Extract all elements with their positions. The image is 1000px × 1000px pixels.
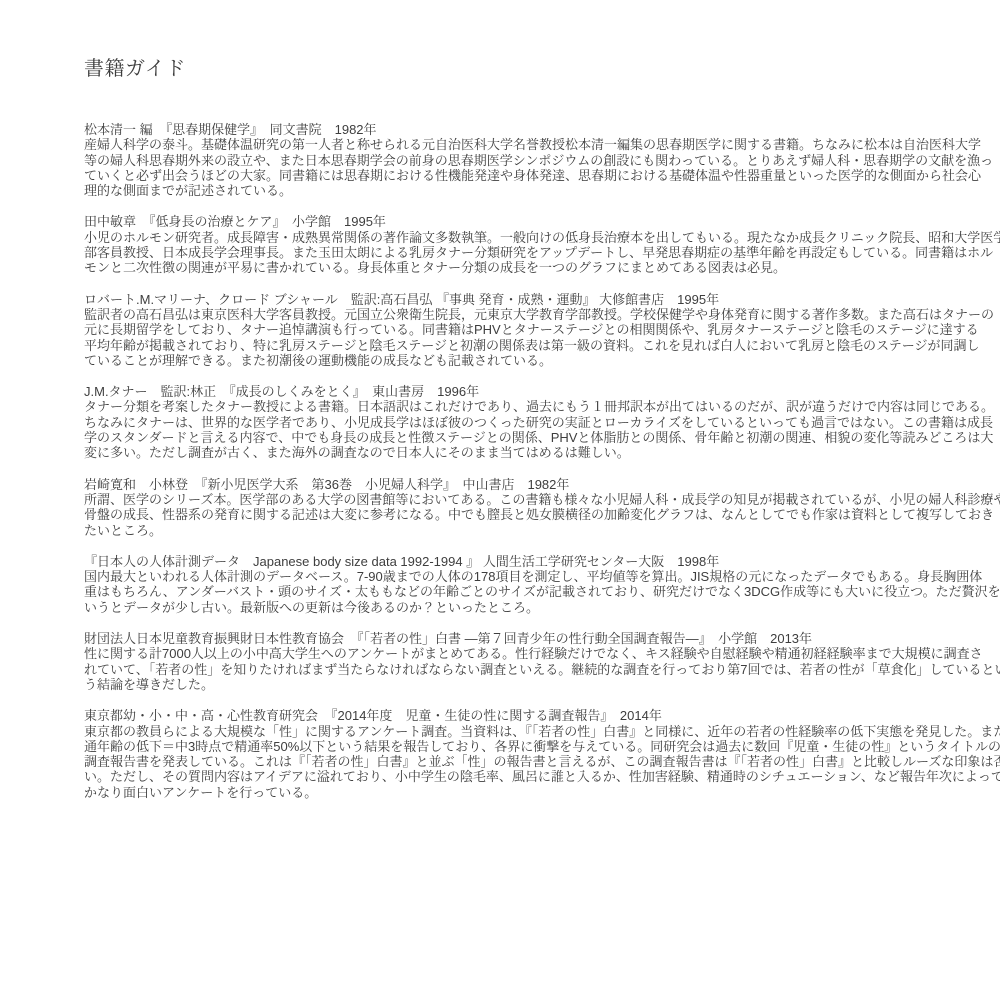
book-entry-text-line: 小児のホルモン研究者。成長障害・成熟異常関係の著作論文多数執筆。一般向けの低身長…	[84, 230, 944, 245]
book-entry-text-line: 産婦人科学の泰斗。基礎体温研究の第一人者と称せられる元自治医科大学名誉教授松本清…	[84, 137, 944, 152]
book-entry-text-line: 性に関する計7000人以上の小中高大学生へのアンケートがまとめてある。性行経験だ…	[84, 646, 944, 661]
page-title: 書籍ガイド	[84, 56, 944, 82]
book-entry-text-line: 通年齢の低下＝中3時点で精通率50%以下という結果を報告しており、各界に衝撃を与…	[84, 739, 944, 754]
book-entry-text-line: れていて、「若者の性」を知りたければまず当たらなければならない調査といえる。継続…	[84, 662, 944, 677]
book-entry-text-line: い。ただし、その質問内容はアイデアに溢れており、小中学生の陰毛率、風呂に誰と入る…	[84, 769, 944, 784]
book-entry-text-line: かなり面白いアンケートを行っている。	[84, 785, 944, 800]
book-entry-header: 財団法人日本児童教育振興財日本性教育協会 『「若者の性」白書 ―第７回青少年の性…	[84, 631, 944, 646]
book-entry-text-line: 所謂、医学のシリーズ本。医学部のある大学の図書館等においてある。この書籍も様々な…	[84, 492, 944, 507]
book-entry: J.M.タナー 監訳:林正 『成長のしくみをとく』 東山書房 1996年 タナー…	[84, 384, 944, 460]
book-entry-text-line: たいところ。	[84, 523, 944, 538]
book-entry-header: 田中敏章 『低身長の治療とケア』 小学館 1995年	[84, 214, 944, 229]
book-entry-text-line: ていくと必ず出会うほどの大家。同書籍には思春期における性機能発達や身体発達、思春…	[84, 168, 944, 183]
book-entry-text-line: 監訳者の高石昌弘は東京医科大学客員教授。元国立公衆衛生院長，元東京大学教育学部教…	[84, 307, 944, 322]
book-entry-text-line: 国内最大といわれる人体計測のデータベース。7-90歳までの人体の178項目を測定…	[84, 569, 944, 584]
book-entry: 東京都幼・小・中・高・心性教育研究会 『2014年度 児童・生徒の性に関する調査…	[84, 708, 944, 800]
book-entry-text-line: 元に長期留学をしており、タナー追悼講演も行っている。同書籍はPHVとタナーステー…	[84, 322, 944, 337]
book-entry-text-line: タナー分類を考案したタナー教授による書籍。日本語訳はこれだけであり、過去にもう１…	[84, 399, 944, 414]
book-entry-text-line: う結論を導きだした。	[84, 677, 944, 692]
book-entry-text-line: 変に多い。ただし調査が古く、また海外の調査なので日本人にそのまま当てはめるは難し…	[84, 445, 944, 460]
book-entry: ロバート.M.マリーナ、クロード ブシャール 監訳:高石昌弘 『事典 発育・成熟…	[84, 292, 944, 368]
book-entry-header: 『日本人の人体計測データ Japanese body size data 199…	[84, 554, 944, 569]
book-entry-text-line: 部客員教授、日本成長学会理事長。また玉田太朗による乳房タナー分類研究をアップデー…	[84, 245, 944, 260]
book-entry-header: 松本清一 編 『思春期保健学』 同文書院 1982年	[84, 122, 944, 137]
book-entry-header: 岩崎寛和 小林登 『新小児医学大系 第36巻 小児婦人科学』 中山書店 1982…	[84, 477, 944, 492]
book-entry-text-line: 等の婦人科思春期外来の設立や、また日本思春期学会の前身の思春期医学シンポジウムの…	[84, 153, 944, 168]
book-entry: 『日本人の人体計測データ Japanese body size data 199…	[84, 554, 944, 615]
book-entry: 財団法人日本児童教育振興財日本性教育協会 『「若者の性」白書 ―第７回青少年の性…	[84, 631, 944, 692]
book-entry-text-line: ていることが理解できる。また初潮後の運動機能の成長なども記載されている。	[84, 353, 944, 368]
book-entry-text-line: 理的な側面までが記述されている。	[84, 183, 944, 198]
book-entry-text-line: 調査報告書を発表している。これは『「若者の性」白書』と並ぶ「性」の報告書と言える…	[84, 754, 944, 769]
document-page: 書籍ガイド 松本清一 編 『思春期保健学』 同文書院 1982年 産婦人科学の泰…	[0, 0, 1000, 1000]
book-entry: 田中敏章 『低身長の治療とケア』 小学館 1995年 小児のホルモン研究者。成長…	[84, 214, 944, 275]
book-entry-header: J.M.タナー 監訳:林正 『成長のしくみをとく』 東山書房 1996年	[84, 384, 944, 399]
book-entry-text-line: いうとデータが少し古い。最新版への更新は今後あるのか？といったところ。	[84, 600, 944, 615]
book-entry: 岩崎寛和 小林登 『新小児医学大系 第36巻 小児婦人科学』 中山書店 1982…	[84, 477, 944, 538]
book-entry: 松本清一 編 『思春期保健学』 同文書院 1982年 産婦人科学の泰斗。基礎体温…	[84, 122, 944, 198]
book-entry-text-line: 重はもちろん、アンダーバスト・頭のサイズ・太ももなどの年齢ごとのサイズが記載され…	[84, 584, 944, 599]
book-entry-header: 東京都幼・小・中・高・心性教育研究会 『2014年度 児童・生徒の性に関する調査…	[84, 708, 944, 723]
book-entry-text-line: 骨盤の成長、性器系の発育に関する記述は大変に参考になる。中でも膣長と処女膜横径の…	[84, 507, 944, 522]
book-entry-text-line: 東京都の教員らによる大規模な「性」に関するアンケート調査。当資料は、『「若者の性…	[84, 724, 944, 739]
book-entry-text-line: 平均年齢が掲載されており、特に乳房ステージと陰毛ステージと初潮の関係表は第一級の…	[84, 338, 944, 353]
book-entry-header: ロバート.M.マリーナ、クロード ブシャール 監訳:高石昌弘 『事典 発育・成熟…	[84, 292, 944, 307]
book-entry-text-line: 学のスタンダードと言える内容で、中でも身長の成長と性徴ステージとの関係、PHVと…	[84, 430, 944, 445]
book-entry-text-line: ちなみにタナーは、世界的な医学者であり、小児成長学はほぼ彼のつくった研究の実証と…	[84, 415, 944, 430]
book-entry-text-line: モンと二次性徴の関連が平易に書かれている。身長体重とタナー分類の成長を一つのグラ…	[84, 260, 944, 275]
